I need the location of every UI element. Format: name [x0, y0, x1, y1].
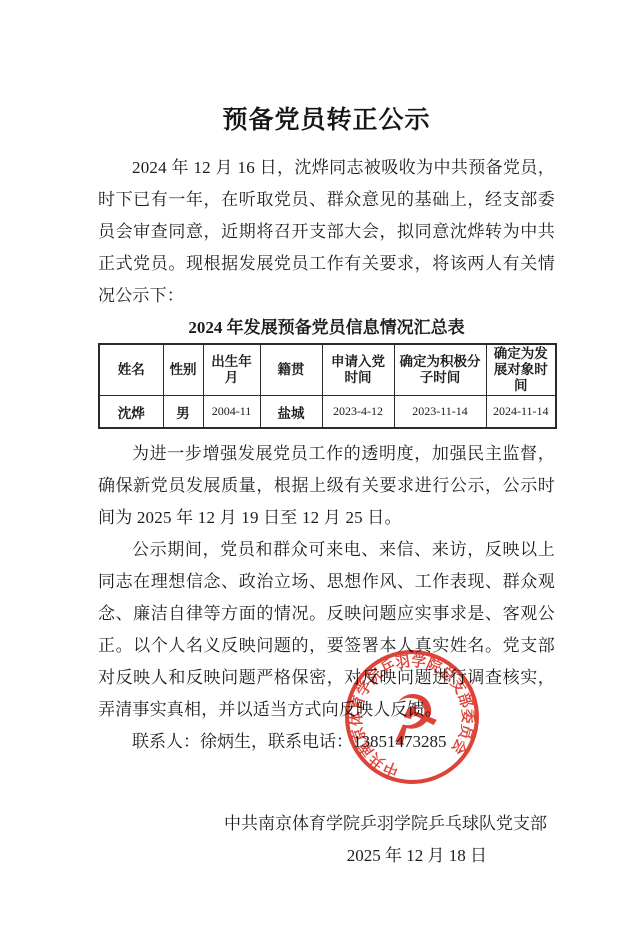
- header-hometown: 籍贯: [260, 344, 322, 396]
- cell-activist-date: 2023-11-14: [394, 396, 486, 429]
- header-candidate-date: 确定为发展对象时间: [486, 344, 556, 396]
- header-birth: 出生年月: [203, 344, 260, 396]
- header-apply-date: 申请入党时间: [322, 344, 394, 396]
- table-header-row: 姓名 性别 出生年月 籍贯 申请入党时间 确定为积极分子时间 确定为发展对象时间: [99, 344, 556, 396]
- feedback-paragraph: 公示期间，党员和群众可来电、来信、来访，反映以上同志在理想信念、政治立场、思想作…: [98, 534, 555, 726]
- intro-paragraph: 2024 年 12 月 16 日，沈烨同志被吸收为中共预备党员，时下已有一年，在…: [98, 152, 555, 312]
- document-body: 预备党员转正公示 2024 年 12 月 16 日，沈烨同志被吸收为中共预备党员…: [98, 0, 555, 872]
- table-data-row: 沈烨 男 2004-11 盐城 2023-4-12 2023-11-14 202…: [99, 396, 556, 429]
- cell-hometown: 盐城: [260, 396, 322, 429]
- cell-birth: 2004-11: [203, 396, 260, 429]
- contact-line: 联系人：徐炳生，联系电话：13851473285: [98, 726, 555, 758]
- document-title: 预备党员转正公示: [98, 100, 555, 136]
- cell-candidate-date: 2024-11-14: [486, 396, 556, 429]
- header-activist-date: 确定为积极分子时间: [394, 344, 486, 396]
- signature-line: 中共南京体育学院乒羽学院乒乓球队党支部: [98, 808, 555, 840]
- cell-name: 沈烨: [99, 396, 163, 429]
- header-gender: 性别: [163, 344, 203, 396]
- table-caption: 2024 年发展预备党员信息情况汇总表: [98, 315, 555, 341]
- date-line: 2025 年 12 月 18 日: [98, 840, 555, 872]
- publicity-period-paragraph: 为进一步增强发展党员工作的透明度，加强民主监督，确保新党员发展质量，根据上级有关…: [98, 438, 555, 534]
- notice-document-page: 预备党员转正公示 2024 年 12 月 16 日，沈烨同志被吸收为中共预备党员…: [0, 0, 639, 928]
- member-info-table: 姓名 性别 出生年月 籍贯 申请入党时间 确定为积极分子时间 确定为发展对象时间…: [98, 343, 557, 429]
- cell-apply-date: 2023-4-12: [322, 396, 394, 429]
- header-name: 姓名: [99, 344, 163, 396]
- signature-block: 中共南京体育学院乒羽学院乒乓球队党支部 2025 年 12 月 18 日: [98, 808, 555, 872]
- cell-gender: 男: [163, 396, 203, 429]
